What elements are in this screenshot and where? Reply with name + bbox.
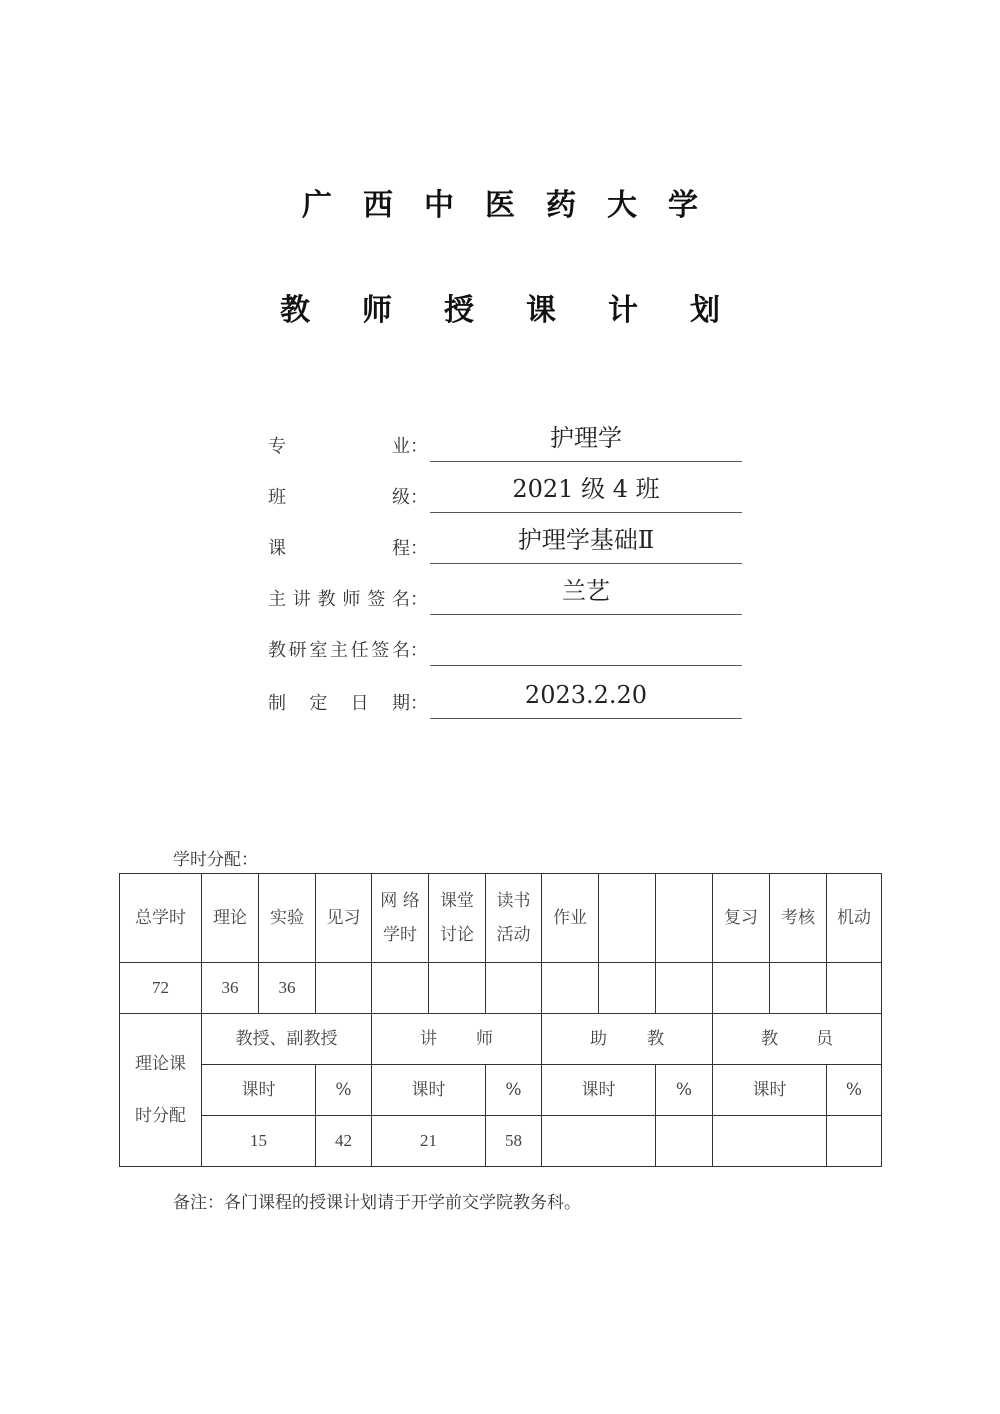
instructor-pct-label: % — [827, 1065, 882, 1116]
director-signature-value[interactable] — [430, 625, 742, 666]
hours-header-row: 总学时 理论 实验 见习 网 络学时 课堂讨论 读书活动 作业 复习 考核 机动 — [120, 874, 882, 963]
instructor-pct-value[interactable] — [827, 1116, 882, 1167]
label-char: 程： — [392, 534, 428, 560]
header-blank-2 — [656, 874, 713, 963]
field-label: 专 业： — [268, 432, 428, 458]
value-total-hours[interactable]: 72 — [120, 963, 202, 1014]
header-review: 复习 — [713, 874, 770, 963]
group-professor: 教授、副教授 — [202, 1014, 372, 1065]
label-char: 制 — [268, 689, 286, 715]
field-director-signature: 教 研 室 主 任 签 名： — [268, 626, 742, 666]
field-label: 主 讲 教 师 签 名： — [268, 585, 428, 611]
course-value[interactable]: 护理学基础Ⅱ — [430, 523, 742, 564]
professor-hours-value[interactable]: 15 — [202, 1116, 316, 1167]
field-major: 专 业： 护理学 — [268, 422, 742, 462]
label-char: 室 — [309, 636, 327, 662]
header-exam: 考核 — [770, 874, 827, 963]
header-total-hours: 总学时 — [120, 874, 202, 963]
label-char: 业： — [392, 432, 428, 458]
lecturer-pct-label: % — [486, 1065, 542, 1116]
value-flexible[interactable] — [827, 963, 882, 1014]
hours-value-row: 72 36 36 — [120, 963, 882, 1014]
field-lecturer-signature: 主 讲 教 师 签 名： 兰艺 — [268, 575, 742, 615]
value-reading-activity[interactable] — [486, 963, 542, 1014]
instructor-hours-label: 课时 — [713, 1065, 827, 1116]
professor-pct-label: % — [316, 1065, 372, 1116]
value-online-hours[interactable] — [372, 963, 429, 1014]
group-lecturer: 讲师 — [372, 1014, 542, 1065]
label-char: 班 — [268, 483, 286, 509]
header-practicum: 见习 — [316, 874, 372, 963]
header-homework: 作业 — [542, 874, 599, 963]
university-title: 广西中医药大学 — [0, 180, 1000, 224]
value-blank-2[interactable] — [656, 963, 713, 1014]
assistant-pct-value[interactable] — [656, 1116, 713, 1167]
hours-table: 总学时 理论 实验 见习 网 络学时 课堂讨论 读书活动 作业 复习 考核 机动… — [119, 873, 882, 1167]
label-char: 名： — [392, 636, 428, 662]
hours-section-label: 学时分配： — [173, 845, 258, 870]
field-label: 班 级： — [268, 483, 428, 509]
assistant-pct-label: % — [656, 1065, 713, 1116]
label-char: 研 — [289, 636, 307, 662]
professor-pct-value[interactable]: 42 — [316, 1116, 372, 1167]
header-online-hours: 网 络学时 — [372, 874, 429, 963]
header-theory: 理论 — [202, 874, 259, 963]
label-char: 教 — [318, 585, 336, 611]
label-char: 师 — [342, 585, 360, 611]
lecturer-signature-value[interactable]: 兰艺 — [430, 574, 742, 615]
label-char: 定 — [309, 689, 327, 715]
header-blank-1 — [599, 874, 656, 963]
lecturer-pct-value[interactable]: 58 — [486, 1116, 542, 1167]
header-class-discussion: 课堂讨论 — [429, 874, 486, 963]
label-char: 日 — [351, 689, 369, 715]
label-char: 级： — [392, 483, 428, 509]
major-value[interactable]: 护理学 — [430, 421, 742, 462]
label-char: 任 — [351, 636, 369, 662]
field-label: 制 定 日 期： — [268, 689, 428, 715]
theory-row-label: 理论课时分配 — [120, 1014, 202, 1167]
theory-group-row: 理论课时分配 教授、副教授 讲师 助教 教员 — [120, 1014, 882, 1065]
group-instructor: 教员 — [713, 1014, 882, 1065]
label-char: 课 — [268, 534, 286, 560]
header-reading-activity: 读书活动 — [486, 874, 542, 963]
class-value[interactable]: 2021 级 4 班 — [430, 472, 742, 513]
field-course: 课 程： 护理学基础Ⅱ — [268, 524, 742, 564]
date-value[interactable]: 2023.2.20 — [430, 678, 742, 719]
label-char: 讲 — [293, 585, 311, 611]
field-class: 班 级： 2021 级 4 班 — [268, 473, 742, 513]
value-practicum[interactable] — [316, 963, 372, 1014]
footnote: 备注：各门课程的授课计划请于开学前交学院教务科。 — [173, 1188, 581, 1213]
label-char: 期： — [392, 689, 428, 715]
assistant-hours-value[interactable] — [542, 1116, 656, 1167]
value-exam[interactable] — [770, 963, 827, 1014]
value-blank-1[interactable] — [599, 963, 656, 1014]
label-char: 专 — [268, 432, 286, 458]
field-label: 教 研 室 主 任 签 名： — [268, 636, 428, 662]
header-flexible: 机动 — [827, 874, 882, 963]
value-class-discussion[interactable] — [429, 963, 486, 1014]
professor-hours-label: 课时 — [202, 1065, 316, 1116]
field-date: 制 定 日 期： 2023.2.20 — [268, 679, 742, 719]
lecturer-hours-label: 课时 — [372, 1065, 486, 1116]
value-theory[interactable]: 36 — [202, 963, 259, 1014]
field-label: 课 程： — [268, 534, 428, 560]
group-assistant: 助教 — [542, 1014, 713, 1065]
value-homework[interactable] — [542, 963, 599, 1014]
label-char: 主 — [330, 636, 348, 662]
value-review[interactable] — [713, 963, 770, 1014]
label-char: 签 — [367, 585, 385, 611]
label-char: 名： — [392, 585, 428, 611]
instructor-hours-value[interactable] — [713, 1116, 827, 1167]
document-title: 教师授课计划 — [0, 285, 1000, 329]
theory-subheader-row: 课时 % 课时 % 课时 % 课时 % — [120, 1065, 882, 1116]
header-lab: 实验 — [259, 874, 316, 963]
theory-value-row: 15 42 21 58 — [120, 1116, 882, 1167]
label-char: 主 — [268, 585, 286, 611]
assistant-hours-label: 课时 — [542, 1065, 656, 1116]
value-lab[interactable]: 36 — [259, 963, 316, 1014]
label-char: 签 — [371, 636, 389, 662]
lecturer-hours-value[interactable]: 21 — [372, 1116, 486, 1167]
label-char: 教 — [268, 636, 286, 662]
